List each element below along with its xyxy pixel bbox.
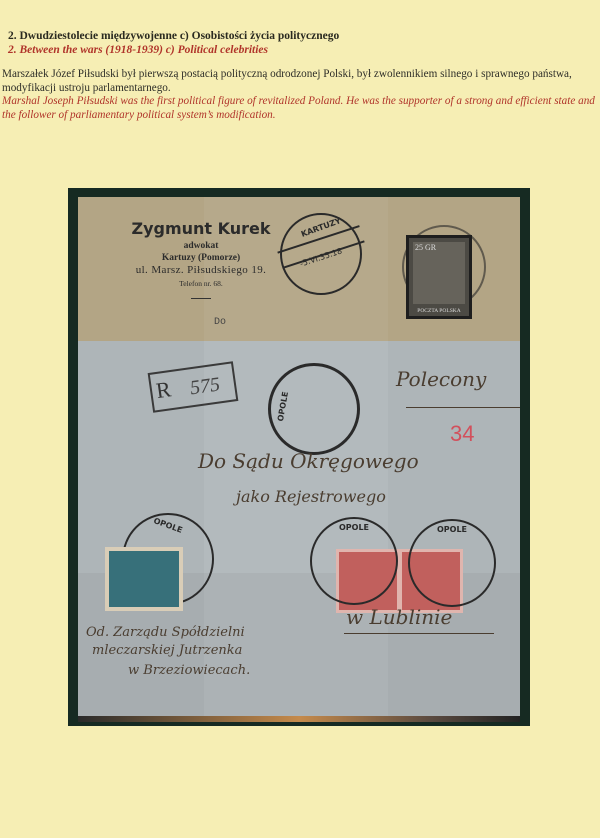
page-header: 2. Dwudziestolecie międzywojenne c) Osob… bbox=[8, 29, 339, 57]
title-polish: 2. Dwudziestolecie międzywojenne c) Osob… bbox=[8, 29, 339, 43]
description: Marszałek Józef Piłsudski był pierwszą p… bbox=[2, 68, 598, 122]
opole-postmark-4: OPOLE bbox=[408, 519, 496, 607]
blue-stamp bbox=[105, 547, 183, 611]
sender-phone: Telefon nr. 68. bbox=[78, 279, 324, 288]
opole-postmark-1: OPOLE bbox=[268, 363, 360, 455]
description-english: Marshal Joseph Piłsudski was the first p… bbox=[2, 95, 598, 122]
title-english: 2. Between the wars (1918-1939) c) Polit… bbox=[8, 43, 339, 57]
envelope-flap: Zygmunt Kurek adwokat Kartuzy (Pomorze) … bbox=[78, 197, 520, 341]
to-label: Do bbox=[214, 317, 226, 328]
handwritten-from-2: mleczarskiej Jutrzenka bbox=[92, 643, 242, 658]
pilsudski-stamp: 25 GR POCZTA POLSKA bbox=[406, 235, 472, 319]
handwritten-city: w Lublinie bbox=[346, 605, 452, 629]
opole-postmark-3: OPOLE bbox=[310, 517, 398, 605]
divider bbox=[191, 298, 211, 299]
description-polish: Marszałek Józef Piłsudski był pierwszą p… bbox=[2, 68, 598, 95]
kartuzy-postmark: KARTUZY -5.VI.35.18 bbox=[280, 213, 362, 295]
red-number: 34 bbox=[450, 421, 474, 447]
handwritten-address-2: jako Rejestrowego bbox=[236, 487, 386, 506]
handwritten-from-3: w Brzeziowiecach. bbox=[128, 663, 250, 678]
handwritten-from-1: Od. Zarządu Spółdzielni bbox=[86, 625, 245, 640]
cover-bottom-edge bbox=[78, 716, 520, 722]
handwritten-address-1: Do Sądu Okręgowego bbox=[198, 449, 419, 473]
postal-cover: Zygmunt Kurek adwokat Kartuzy (Pomorze) … bbox=[78, 197, 520, 717]
handwritten-registered: Polecony bbox=[396, 367, 486, 391]
